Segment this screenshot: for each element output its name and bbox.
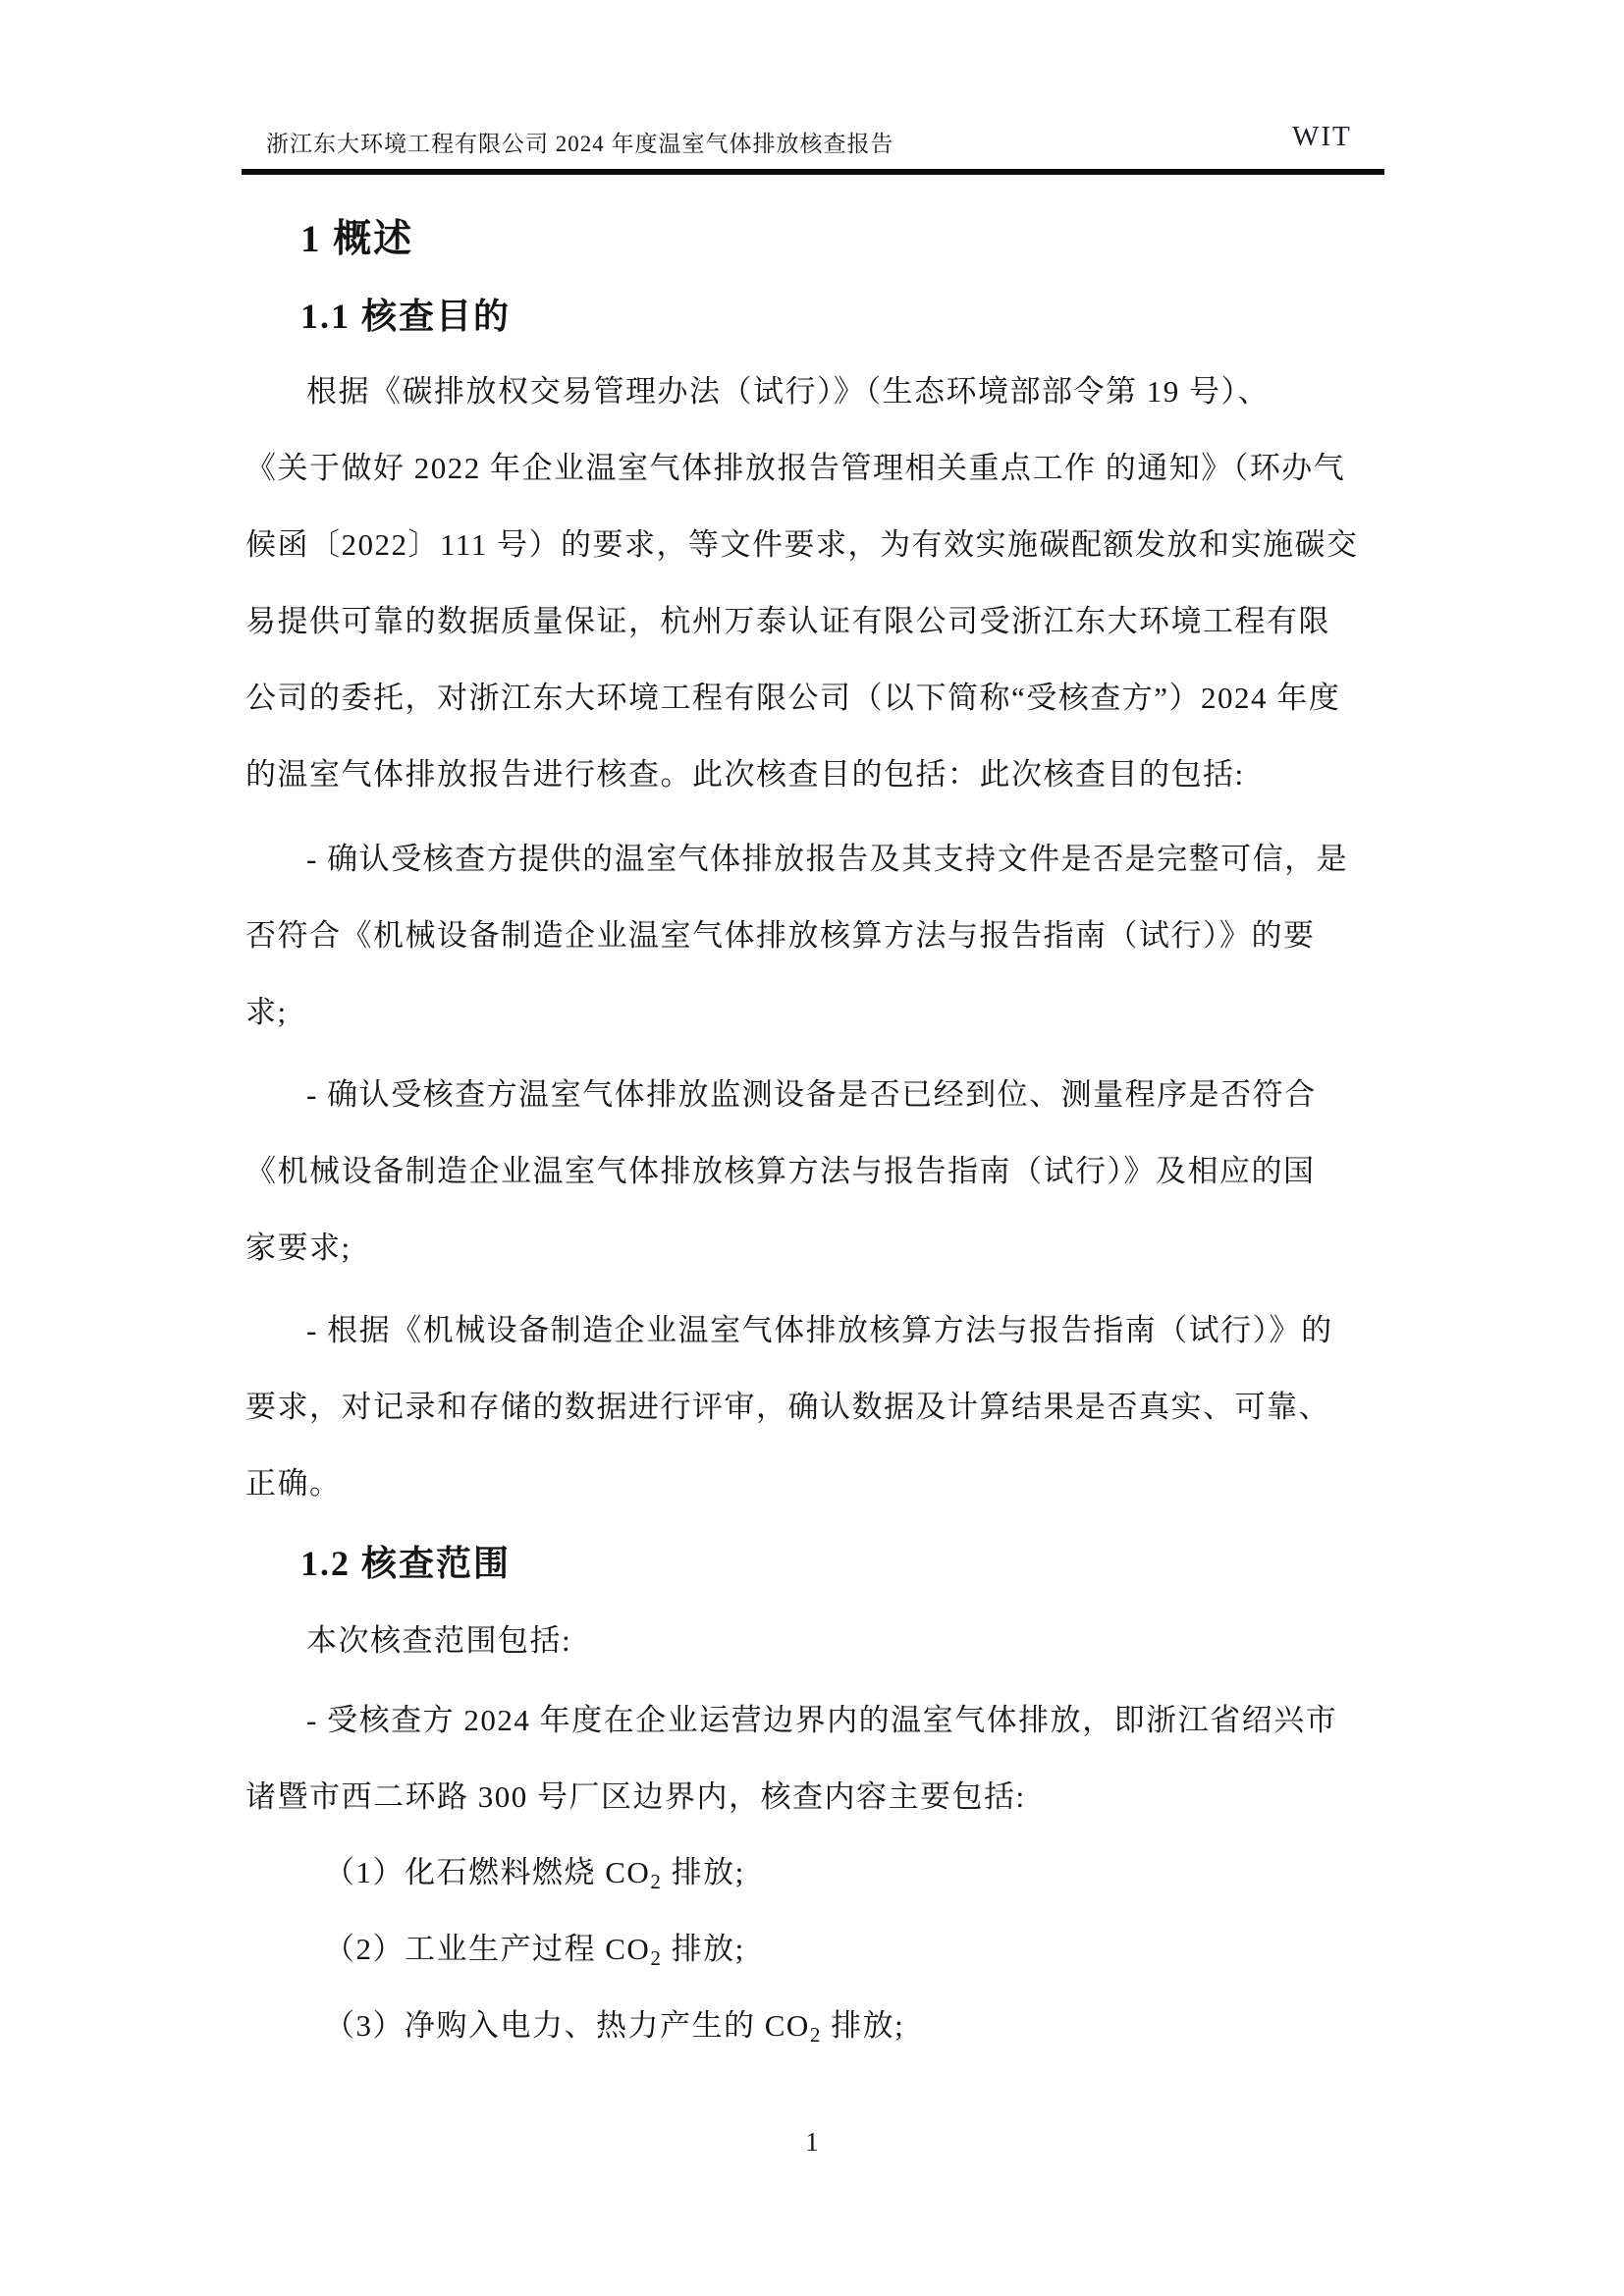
- scope-item-text: 排放;: [662, 1855, 744, 1889]
- section-heading-1-2: 1.2 核查范围: [300, 1536, 511, 1586]
- text-line: - 确认受核查方温室气体排放监测设备是否已经到位、测量程序是否符合: [245, 1076, 1388, 1153]
- text-line: 根据《碳排放权交易管理办法（试行）》（生态环境部部令第 19 号）、: [245, 373, 1388, 450]
- scope-item-text: （2）工业生产过程 CO: [324, 1932, 650, 1966]
- section-heading-1-1: 1.1 核查目的: [300, 289, 511, 339]
- text-line: 诸暨市西二环路 300 号厂区边界内，核查内容主要包括:: [245, 1778, 1388, 1855]
- text-line: - 确认受核查方提供的温室气体排放报告及其支持文件是否是完整可信，是: [245, 841, 1388, 917]
- scope-item-text: 排放;: [662, 1932, 744, 1966]
- text-line: 求;: [245, 994, 1388, 1070]
- chapter-heading: 1 概述: [300, 208, 413, 263]
- purpose-bullet-1: - 确认受核查方提供的温室气体排放报告及其支持文件是否是完整可信，是 否符合《机…: [245, 841, 1388, 1070]
- text-line: - 受核查方 2024 年度在企业运营边界内的温室气体排放，即浙江省绍兴市: [245, 1702, 1388, 1778]
- purpose-bullet-3: - 根据《机械设备制造企业温室气体排放核算方法与报告指南（试行）》的 要求，对记…: [245, 1312, 1388, 1542]
- scope-bullet: - 受核查方 2024 年度在企业运营边界内的温室气体排放，即浙江省绍兴市 诸暨…: [245, 1702, 1388, 1855]
- text-line: 家要求;: [245, 1230, 1388, 1306]
- purpose-paragraph: 根据《碳排放权交易管理办法（试行）》（生态环境部部令第 19 号）、 《关于做好…: [245, 373, 1388, 833]
- co2-subscript: 2: [650, 1870, 662, 1893]
- text-line: 易提供可靠的数据质量保证，杭州万泰认证有限公司受浙江东大环境工程有限: [245, 603, 1388, 680]
- text-line: 本次核查范围包括:: [245, 1622, 1388, 1699]
- scope-intro: 本次核查范围包括:: [245, 1622, 1388, 1699]
- text-line: 的温室气体排放报告进行核查。此次核查目的包括：此次核查目的包括:: [245, 756, 1388, 833]
- text-line: 《机械设备制造企业温室气体排放核算方法与报告指南（试行）》及相应的国: [245, 1153, 1388, 1230]
- co2-subscript: 2: [810, 2023, 822, 2047]
- report-page: 浙江东大环境工程有限公司 2024 年度温室气体排放核查报告 WIT 1 概述 …: [0, 0, 1624, 2296]
- scope-item-text: 排放;: [822, 2008, 904, 2043]
- text-line: 正确。: [245, 1465, 1388, 1542]
- header-title: 浙江东大环境工程有限公司 2024 年度温室气体排放核查报告: [266, 126, 894, 158]
- page-number: 1: [0, 2127, 1624, 2158]
- text-line: 《关于做好 2022 年企业温室气体排放报告管理相关重点工作 的通知》（环办气: [245, 450, 1388, 526]
- text-line: 否符合《机械设备制造企业温室气体排放核算方法与报告指南（试行）》的要: [245, 917, 1388, 994]
- scope-item-2: （2）工业生产过程 CO2 排放;: [245, 1931, 1388, 2007]
- text-line: 要求，对记录和存储的数据进行评审，确认数据及计算结果是否真实、可靠、: [245, 1389, 1388, 1465]
- scope-items: （1）化石燃料燃烧 CO2 排放; （2）工业生产过程 CO2 排放; （3）净…: [245, 1854, 1388, 2084]
- text-line: - 根据《机械设备制造企业温室气体排放核算方法与报告指南（试行）》的: [245, 1312, 1388, 1389]
- wit-logo: WIT: [1292, 121, 1352, 153]
- scope-item-1: （1）化石燃料燃烧 CO2 排放;: [245, 1854, 1388, 1931]
- header-rule: [242, 169, 1384, 175]
- text-line: 候函〔2022〕111 号）的要求，等文件要求，为有效实施碳配额发放和实施碳交: [245, 526, 1388, 603]
- scope-item-text: （3）净购入电力、热力产生的 CO: [324, 2008, 810, 2043]
- text-line: 公司的委托，对浙江东大环境工程有限公司（以下简称“受核查方”）2024 年度: [245, 680, 1388, 756]
- scope-item-3: （3）净购入电力、热力产生的 CO2 排放;: [245, 2007, 1388, 2084]
- purpose-bullet-2: - 确认受核查方温室气体排放监测设备是否已经到位、测量程序是否符合 《机械设备制…: [245, 1076, 1388, 1306]
- scope-item-text: （1）化石燃料燃烧 CO: [324, 1855, 650, 1889]
- co2-subscript: 2: [650, 1946, 662, 1970]
